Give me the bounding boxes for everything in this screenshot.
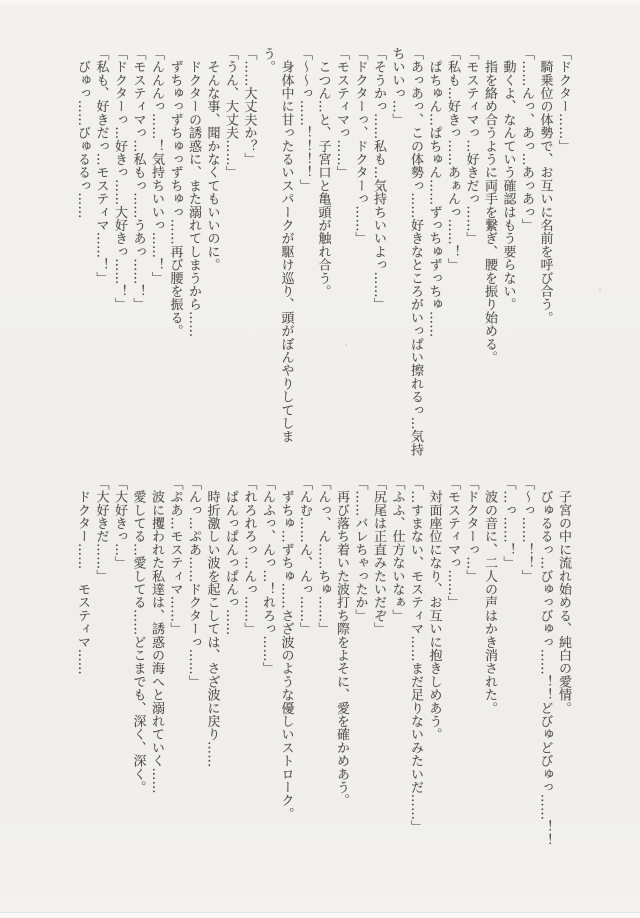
text-column: 「大好きだ……」 (91, 477, 110, 847)
text-column: ずちゅっずちゅっずちゅっ……再び腰を振る。 (165, 47, 184, 456)
text-column: 対面座位になり、お互いに抱きしめあう。 (424, 477, 443, 847)
text-column: びゅっ……びゅるるっ…… (73, 47, 92, 456)
text-column: 「尻尾は正直みたいだぞ」 (369, 477, 388, 847)
text-column: ドクター…… モスティマ…… (73, 477, 92, 847)
text-column: 「んんんっ……！気持ちいいっ……！」 (147, 47, 166, 456)
text-column: 指を絡め合うように両手を繋ぎ、腰を振り始める。 (480, 47, 499, 456)
text-column: 「れろれろっ…んっ……」 (239, 477, 258, 847)
text-column: 波に攫われた私達は、誘惑の海へと溺れていく…… (147, 477, 166, 847)
text-column: 「ドクターっ、ドクターっ……」 (350, 47, 369, 456)
scan-speck (612, 372, 614, 373)
text-column: 「…すまない、モスティマ……まだ足りないみたいだ……」 (406, 477, 425, 847)
text-column: 「私も…好きっ……あぁんっ……！」 (443, 47, 462, 456)
scan-speck (345, 344, 347, 346)
text-column: 「んっ…ぷあ……ドクターっ……」 (184, 477, 203, 847)
text-column: ぱんっぱんっぱんっ…… (221, 477, 240, 847)
text-column: 「……大丈夫か？」 (239, 47, 258, 456)
text-column: う。 (258, 47, 277, 456)
text-column: 「んむ……ん、んっ……」 (295, 477, 314, 847)
text-column: 騎乗位の体勢で、お互いに名前を呼び合う。 (535, 47, 554, 456)
text-column: 子宮の中に流れ始める、純白の愛情。 (554, 477, 573, 847)
text-column: ぱちゅん…ぱちゅん……ずっちゅずっちゅ…… (424, 47, 443, 456)
text-column: 時折激しい波を起こしては、さざ波に戻り…… (202, 477, 221, 847)
text-column: 再び落ち着いた波打ち際をよそに、愛を確かめあう。 (332, 477, 351, 847)
text-column: そんな事、聞かなくてもいいのに。 (202, 47, 221, 456)
scanned-page: 「ドクター……」 騎乗位の体勢で、お互いに名前を呼び合う。「……んっ、あっ…あっ… (0, 0, 640, 918)
text-column: 波の音に、二人の声はかき消された。 (480, 477, 499, 847)
text-column: 「うん、大丈夫……」 (221, 47, 240, 456)
text-column: 「ドクター……」 (554, 47, 573, 456)
text-column: 「ドクターっ…好きっ……大好きっ……！」 (110, 47, 129, 456)
text-column: 「そうかっ……私も…気持ちいいよっ……」 (369, 47, 388, 456)
text-column: びゅるるっ…びゅっびゅっ……！！どびゅどびゅっ……！！ (535, 477, 554, 847)
text-column: 「私も、好きだっ…モスティマ……！」 (91, 47, 110, 456)
text-column: 「んふっ、んっ…！れろっ……」 (258, 477, 277, 847)
text-column: 「…っ……！」 (498, 477, 517, 847)
text-column: 「ふふ、仕方ないなぁ」 (387, 477, 406, 847)
passage-bottom: 子宮の中に流れ始める、純白の愛情。 びゅるるっ…びゅっびゅっ……！！どびゅどびゅ… (73, 477, 573, 847)
text-column: ずちゅ…ずちゅ……さざ波のような優しいストローク。 (276, 477, 295, 847)
text-column: 動くよ、なんていう確認はもう要らない。 (498, 47, 517, 456)
text-column: 「ぷあ…モスティマ……」 (165, 477, 184, 847)
scan-speck (599, 289, 601, 291)
text-column: 「モスティマっ……」 (332, 47, 351, 456)
paper-edge-top (0, 0, 640, 3)
text-column: ドクターの誘惑に、また溺れてしまうから…… (184, 47, 203, 456)
text-column: 「〜っ……！！」 (517, 477, 536, 847)
text-column: 身体中に甘ったるいスパークが駆け巡り、頭がぼんやりしてしま (276, 47, 295, 456)
text-column: 「大好きっ…」 (110, 477, 129, 847)
text-column: 「……バレちゃったか」 (350, 477, 369, 847)
text-column: 「ドクターっ…」 (461, 477, 480, 847)
paper-edge-bottom (0, 912, 640, 918)
text-column: 「モスティマっ…好きだっ……」 (461, 47, 480, 456)
text-column: 「んっ、ん……ちゅ……」 (313, 477, 332, 847)
text-column: ちいいっ…」 (387, 47, 406, 456)
text-column: 「モスティマっ……」 (443, 477, 462, 847)
passage-top: 「ドクター……」 騎乗位の体勢で、お互いに名前を呼び合う。「……んっ、あっ…あっ… (73, 47, 573, 456)
text-column: 「あっあっ、この体勢っ……好きなところがいっぱい擦れるっ…気持 (406, 47, 425, 456)
text-column: 愛してる…愛してる……どこまでも、深く、深く。 (128, 477, 147, 847)
text-column: 「モスティマっ…私もっ……うあっ……！」 (128, 47, 147, 456)
text-column: 「〜〜っ……！！！！」 (295, 47, 314, 456)
text-column: 「……んっ、あっ…あっあっ」 (517, 47, 536, 456)
text-column: こつん…と、子宮口と亀頭が触れ合う。 (313, 47, 332, 456)
